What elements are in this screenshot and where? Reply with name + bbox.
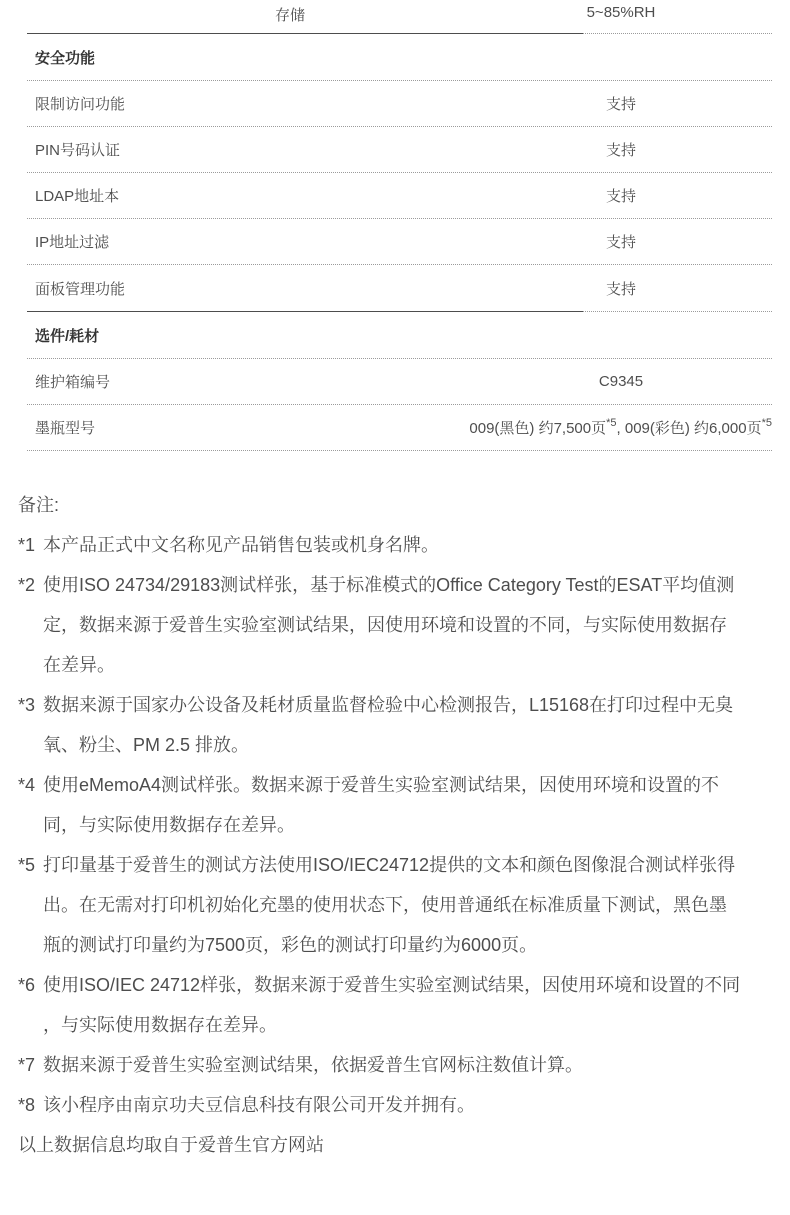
spec-row-value: C9345 <box>470 373 772 390</box>
spec-table: 存储 5~85%RH 安全功能 限制访问功能 支持 PIN号码认证 支持 LDA… <box>27 0 772 451</box>
footnote-ref-5: *5 <box>762 417 772 429</box>
note-line: 在差异。 <box>43 645 784 685</box>
spec-row-label: 限制访问功能 <box>27 93 470 114</box>
spec-row-value: 5~85%RH <box>470 4 772 21</box>
spec-row-value: 支持 <box>470 185 772 206</box>
note-item-5: *5 打印量基于爱普生的测试方法使用ISO/IEC24712提供的文本和颜色图像… <box>18 845 784 965</box>
note-item-2: *2 使用ISO 24734/29183测试样张，基于标准模式的Office C… <box>18 565 784 685</box>
notes-footer: 以上数据信息均取自于爱普生官方网站 <box>18 1125 784 1165</box>
section-divider <box>27 311 772 312</box>
note-line: 使用ISO/IEC 24712样张，数据来源于爱普生实验室测试结果，因使用环境和… <box>43 965 784 1005</box>
note-item-4: *4 使用eMemoA4测试样张。数据来源于爱普生实验室测试结果，因使用环境和设… <box>18 765 784 845</box>
spec-row-label: 面板管理功能 <box>27 278 470 299</box>
note-line: ，与实际使用数据存在差异。 <box>43 1005 784 1045</box>
note-item-6: *6 使用ISO/IEC 24712样张，数据来源于爱普生实验室测试结果，因使用… <box>18 965 784 1045</box>
note-marker: *4 <box>18 765 35 805</box>
note-item-1: *1 本产品正式中文名称见产品销售包装或机身名牌。 <box>18 525 784 565</box>
section-header-security: 安全功能 <box>27 34 772 81</box>
note-item-8: *8 该小程序由南京功夫豆信息科技有限公司开发并拥有。 <box>18 1085 784 1125</box>
note-line: 该小程序由南京功夫豆信息科技有限公司开发并拥有。 <box>43 1085 784 1125</box>
spec-row-label: 维护箱编号 <box>27 371 470 392</box>
spec-row-value: 支持 <box>470 231 772 252</box>
note-line: 数据来源于国家办公设备及耗材质量监督检验中心检测报告，L15168在打印过程中无… <box>43 685 784 725</box>
note-line: 使用ISO 24734/29183测试样张，基于标准模式的Office Cate… <box>43 565 784 605</box>
note-marker: *5 <box>18 845 35 885</box>
note-marker: *7 <box>18 1045 35 1085</box>
note-marker: *8 <box>18 1085 35 1125</box>
divider-dotted-segment <box>583 311 772 312</box>
note-item-7: *7 数据来源于爱普生实验室测试结果，依据爱普生官网标注数值计算。 <box>18 1045 784 1085</box>
spec-row-value: 支持 <box>470 139 772 160</box>
note-marker: *2 <box>18 565 35 605</box>
spec-row-value: 009(黑色) 约7,500页*5, 009(彩色) 约6,000页*5 <box>469 417 772 438</box>
note-line: 瓶的测试打印量约为7500页，彩色的测试打印量约为6000页。 <box>43 925 784 965</box>
notes-title: 备注: <box>18 485 784 525</box>
spec-row-ip-filter: IP地址过滤 支持 <box>27 219 772 265</box>
notes-section: 备注: *1 本产品正式中文名称见产品销售包装或机身名牌。 *2 使用ISO 2… <box>18 485 784 1165</box>
divider-solid-segment <box>27 311 583 312</box>
spec-row-pin-auth: PIN号码认证 支持 <box>27 127 772 173</box>
spec-row-label: PIN号码认证 <box>27 139 470 160</box>
note-line: 数据来源于爱普生实验室测试结果，依据爱普生官网标注数值计算。 <box>43 1045 784 1085</box>
note-line: 氧、粉尘、PM 2.5 排放。 <box>43 725 784 765</box>
note-marker: *1 <box>18 525 35 565</box>
section-divider <box>27 33 772 34</box>
spec-row-value: 支持 <box>470 278 772 299</box>
spec-row-ldap: LDAP地址本 支持 <box>27 173 772 219</box>
divider-dotted-segment <box>583 33 772 34</box>
note-line: 打印量基于爱普生的测试方法使用ISO/IEC24712提供的文本和颜色图像混合测… <box>43 845 784 885</box>
note-line: 本产品正式中文名称见产品销售包装或机身名牌。 <box>43 525 784 565</box>
spec-row-label: 存储 <box>27 4 470 25</box>
ink-yield-color: , 009(彩色) 约6,000页 <box>617 420 762 437</box>
note-item-3: *3 数据来源于国家办公设备及耗材质量监督检验中心检测报告，L15168在打印过… <box>18 685 784 765</box>
note-marker: *6 <box>18 965 35 1005</box>
spec-row-label: IP地址过滤 <box>27 231 470 252</box>
divider-solid-segment <box>27 33 583 34</box>
note-line: 定，数据来源于爱普生实验室测试结果，因使用环境和设置的不同，与实际使用数据存 <box>43 605 784 645</box>
note-marker: *3 <box>18 685 35 725</box>
spec-row-label: LDAP地址本 <box>27 185 470 206</box>
spec-row-maintenance-box: 维护箱编号 C9345 <box>27 359 772 405</box>
spec-row-access-restriction: 限制访问功能 支持 <box>27 81 772 127</box>
section-header-consumables: 选件/耗材 <box>27 312 772 359</box>
spec-row-label: 墨瓶型号 <box>27 417 469 438</box>
footnote-ref-5: *5 <box>606 417 616 429</box>
ink-yield-black: 009(黑色) 约7,500页 <box>469 420 606 437</box>
note-line: 同，与实际使用数据存在差异。 <box>43 805 784 845</box>
spec-row-storage: 存储 5~85%RH <box>27 0 772 33</box>
spec-row-panel-admin: 面板管理功能 支持 <box>27 265 772 311</box>
spec-row-ink-bottle: 墨瓶型号 009(黑色) 约7,500页*5, 009(彩色) 约6,000页*… <box>27 405 772 451</box>
note-line: 出。在无需对打印机初始化充墨的使用状态下，使用普通纸在标准质量下测试，黑色墨 <box>43 885 784 925</box>
spec-row-value: 支持 <box>470 93 772 114</box>
note-line: 使用eMemoA4测试样张。数据来源于爱普生实验室测试结果，因使用环境和设置的不 <box>43 765 784 805</box>
